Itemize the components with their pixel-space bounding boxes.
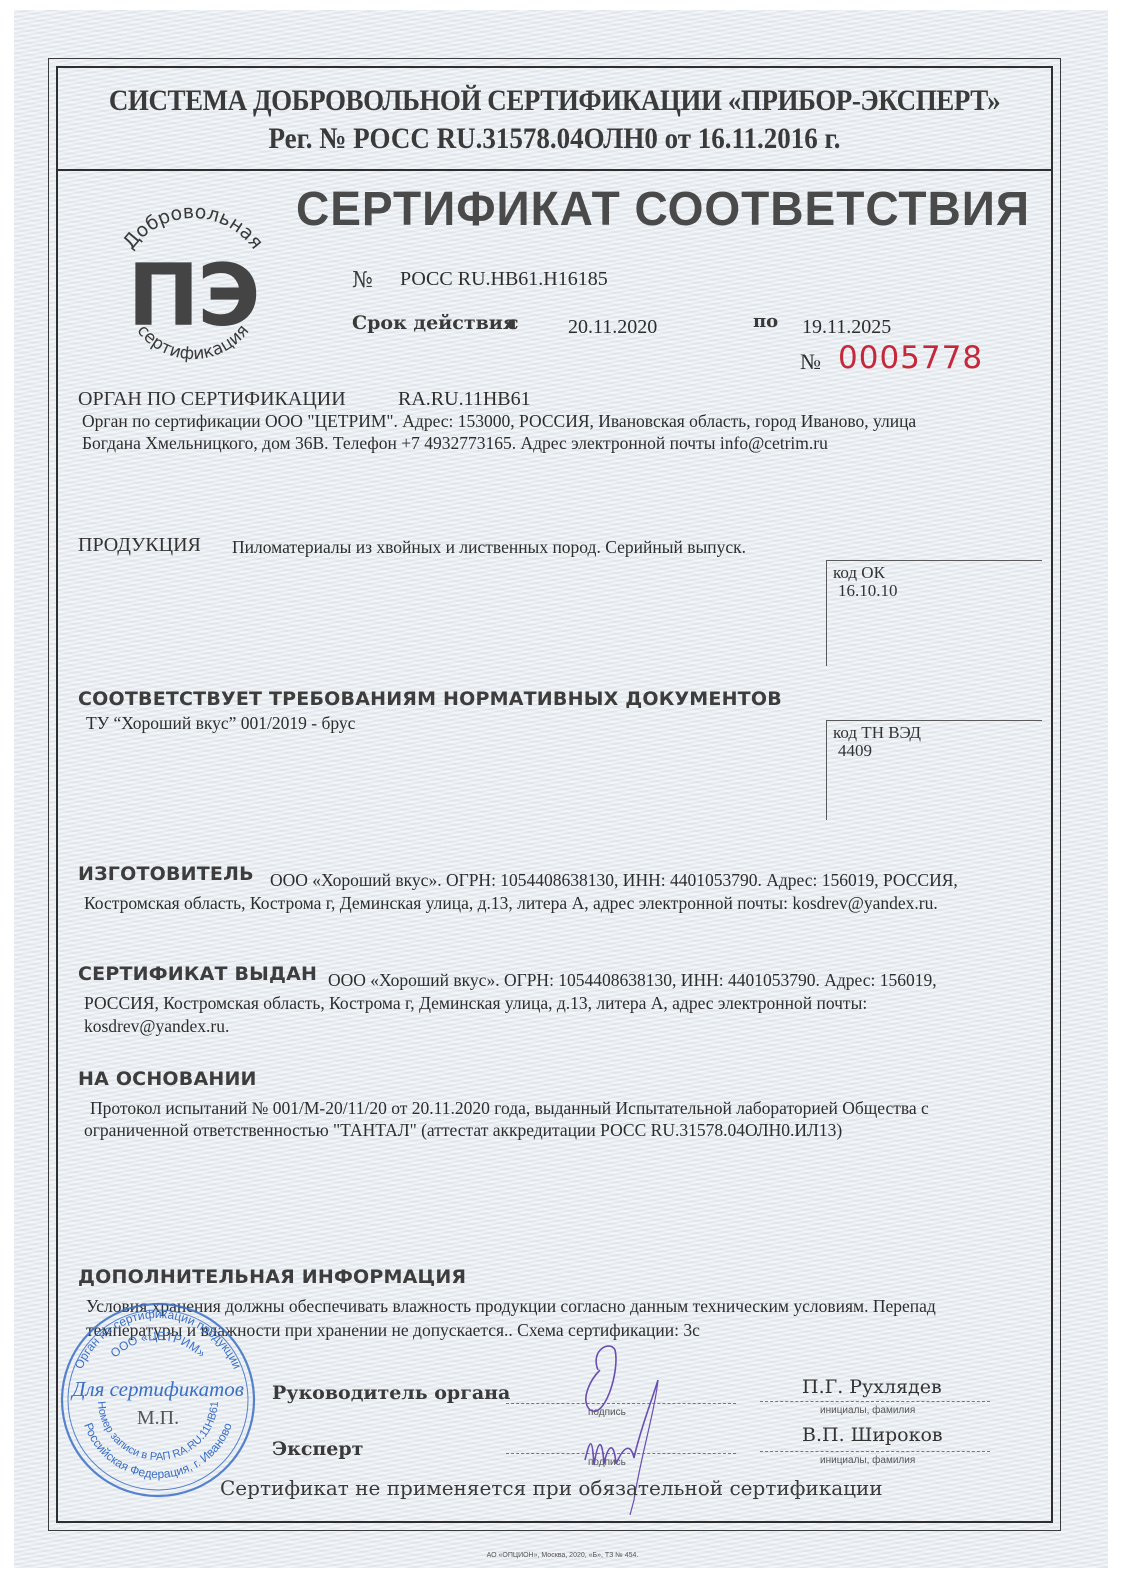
system-name: СИСТЕМА ДОБРОВОЛЬНОЙ СЕРТИФИКАЦИИ «ПРИБО…	[106, 84, 1003, 118]
expert-name-caption: инициалы, фамилия	[820, 1455, 915, 1466]
issued-to-line2: РОССИЯ, Костромская область, Кострома г,…	[84, 993, 867, 1014]
product-heading: ПРОДУКЦИЯ	[78, 534, 201, 557]
certification-body-line2: Богдана Хмельницкого, дом 36В. Телефон +…	[82, 433, 828, 454]
head-name-line	[760, 1401, 990, 1402]
manufacturer-line2: Костромская область, Кострома г, Деминск…	[84, 893, 938, 914]
ok-code-box: код ОК 16.10.10	[826, 560, 1042, 666]
expert-name: В.П. Широков	[802, 1424, 943, 1446]
ok-code-label: код ОК	[833, 563, 885, 583]
footer-note: Сертификат не применяется при обязательн…	[220, 1476, 883, 1500]
svg-text:М.П.: М.П.	[137, 1407, 179, 1429]
valid-to-label: по	[753, 311, 778, 332]
head-name: П.Г. Рухлядев	[802, 1376, 942, 1398]
certificate-title: СЕРТИФИКАТ СООТВЕТСТВИЯ	[296, 182, 978, 237]
basis-line1: Протокол испытаний № 001/М-20/11/20 от 2…	[90, 1098, 929, 1119]
basis-heading: НА ОСНОВАНИИ	[78, 1068, 257, 1090]
issued-to-line3: kosdrev@yandex.ru.	[84, 1016, 229, 1037]
certification-body-code: RA.RU.11НВ61	[398, 388, 531, 411]
conformity-heading: СООТВЕТСТВУЕТ ТРЕБОВАНИЯМ НОРМАТИВНЫХ ДО…	[78, 688, 782, 710]
expert-role-label: Эксперт	[272, 1438, 363, 1460]
valid-from-label: с	[507, 312, 519, 334]
blank-number: 0005778	[838, 340, 983, 376]
product-text: Пиломатериалы из хвойных и лиственных по…	[232, 537, 746, 558]
ok-code-value: 16.10.10	[838, 581, 898, 601]
valid-to: 19.11.2025	[802, 316, 891, 339]
conformity-text: ТУ “Хороший вкус” 001/2019 - брус	[86, 713, 355, 734]
tnved-code-value: 4409	[838, 741, 872, 761]
cert-number: РОСС RU.НВ61.Н16185	[400, 268, 608, 291]
manufacturer-heading: ИЗГОТОВИТЕЛЬ	[78, 863, 254, 885]
head-role-label: Руководитель органа	[272, 1382, 510, 1404]
system-header: СИСТЕМА ДОБРОВОЛЬНОЙ СЕРТИФИКАЦИИ «ПРИБО…	[56, 66, 1053, 171]
svg-text:Для сертификатов: Для сертификатов	[70, 1377, 244, 1401]
cert-number-label: №	[352, 268, 373, 293]
certification-body-heading: ОРГАН ПО СЕРТИФИКАЦИИ	[78, 388, 346, 411]
basis-line2: ограниченной ответственностью "ТАНТАЛ" (…	[84, 1120, 842, 1141]
svg-text:ООО «ЦЕТРИМ»: ООО «ЦЕТРИМ»	[108, 1329, 209, 1361]
head-name-caption: инициалы, фамилия	[820, 1405, 915, 1416]
tnved-code-label: код ТН ВЭД	[833, 723, 921, 743]
printer-imprint: АО «ОПЦИОН», Москва, 2020, «Б», ТЗ № 454…	[0, 1552, 1125, 1559]
pe-logo: Добровольная ПЭ сертификация	[98, 185, 288, 375]
certification-body-line1: Орган по сертификации ООО "ЦЕТРИМ". Адре…	[82, 411, 916, 432]
stamp-seal-icon: Орган по сертификации продукции ООО «ЦЕТ…	[58, 1300, 258, 1500]
valid-from: 20.11.2020	[568, 316, 657, 339]
issued-to-line1: ООО «Хороший вкус». ОГРН: 1054408638130,…	[328, 970, 937, 991]
pe-logo-icon: Добровольная ПЭ сертификация	[98, 185, 288, 375]
additional-heading: ДОПОЛНИТЕЛЬНАЯ ИНФОРМАЦИЯ	[78, 1266, 466, 1288]
manufacturer-line1: ООО «Хороший вкус». ОГРН: 1054408638130,…	[270, 870, 958, 891]
issued-to-heading: СЕРТИФИКАТ ВЫДАН	[78, 963, 317, 985]
expert-name-line	[760, 1451, 990, 1452]
tnved-code-box: код ТН ВЭД 4409	[826, 720, 1042, 820]
blank-number-label: №	[800, 349, 821, 375]
certification-stamp: Орган по сертификации продукции ООО «ЦЕТ…	[58, 1300, 258, 1500]
system-registration: Рег. № РОСС RU.31578.04ОЛН0 от 16.11.201…	[106, 122, 1003, 156]
validity-label: Срок действия	[352, 312, 517, 334]
